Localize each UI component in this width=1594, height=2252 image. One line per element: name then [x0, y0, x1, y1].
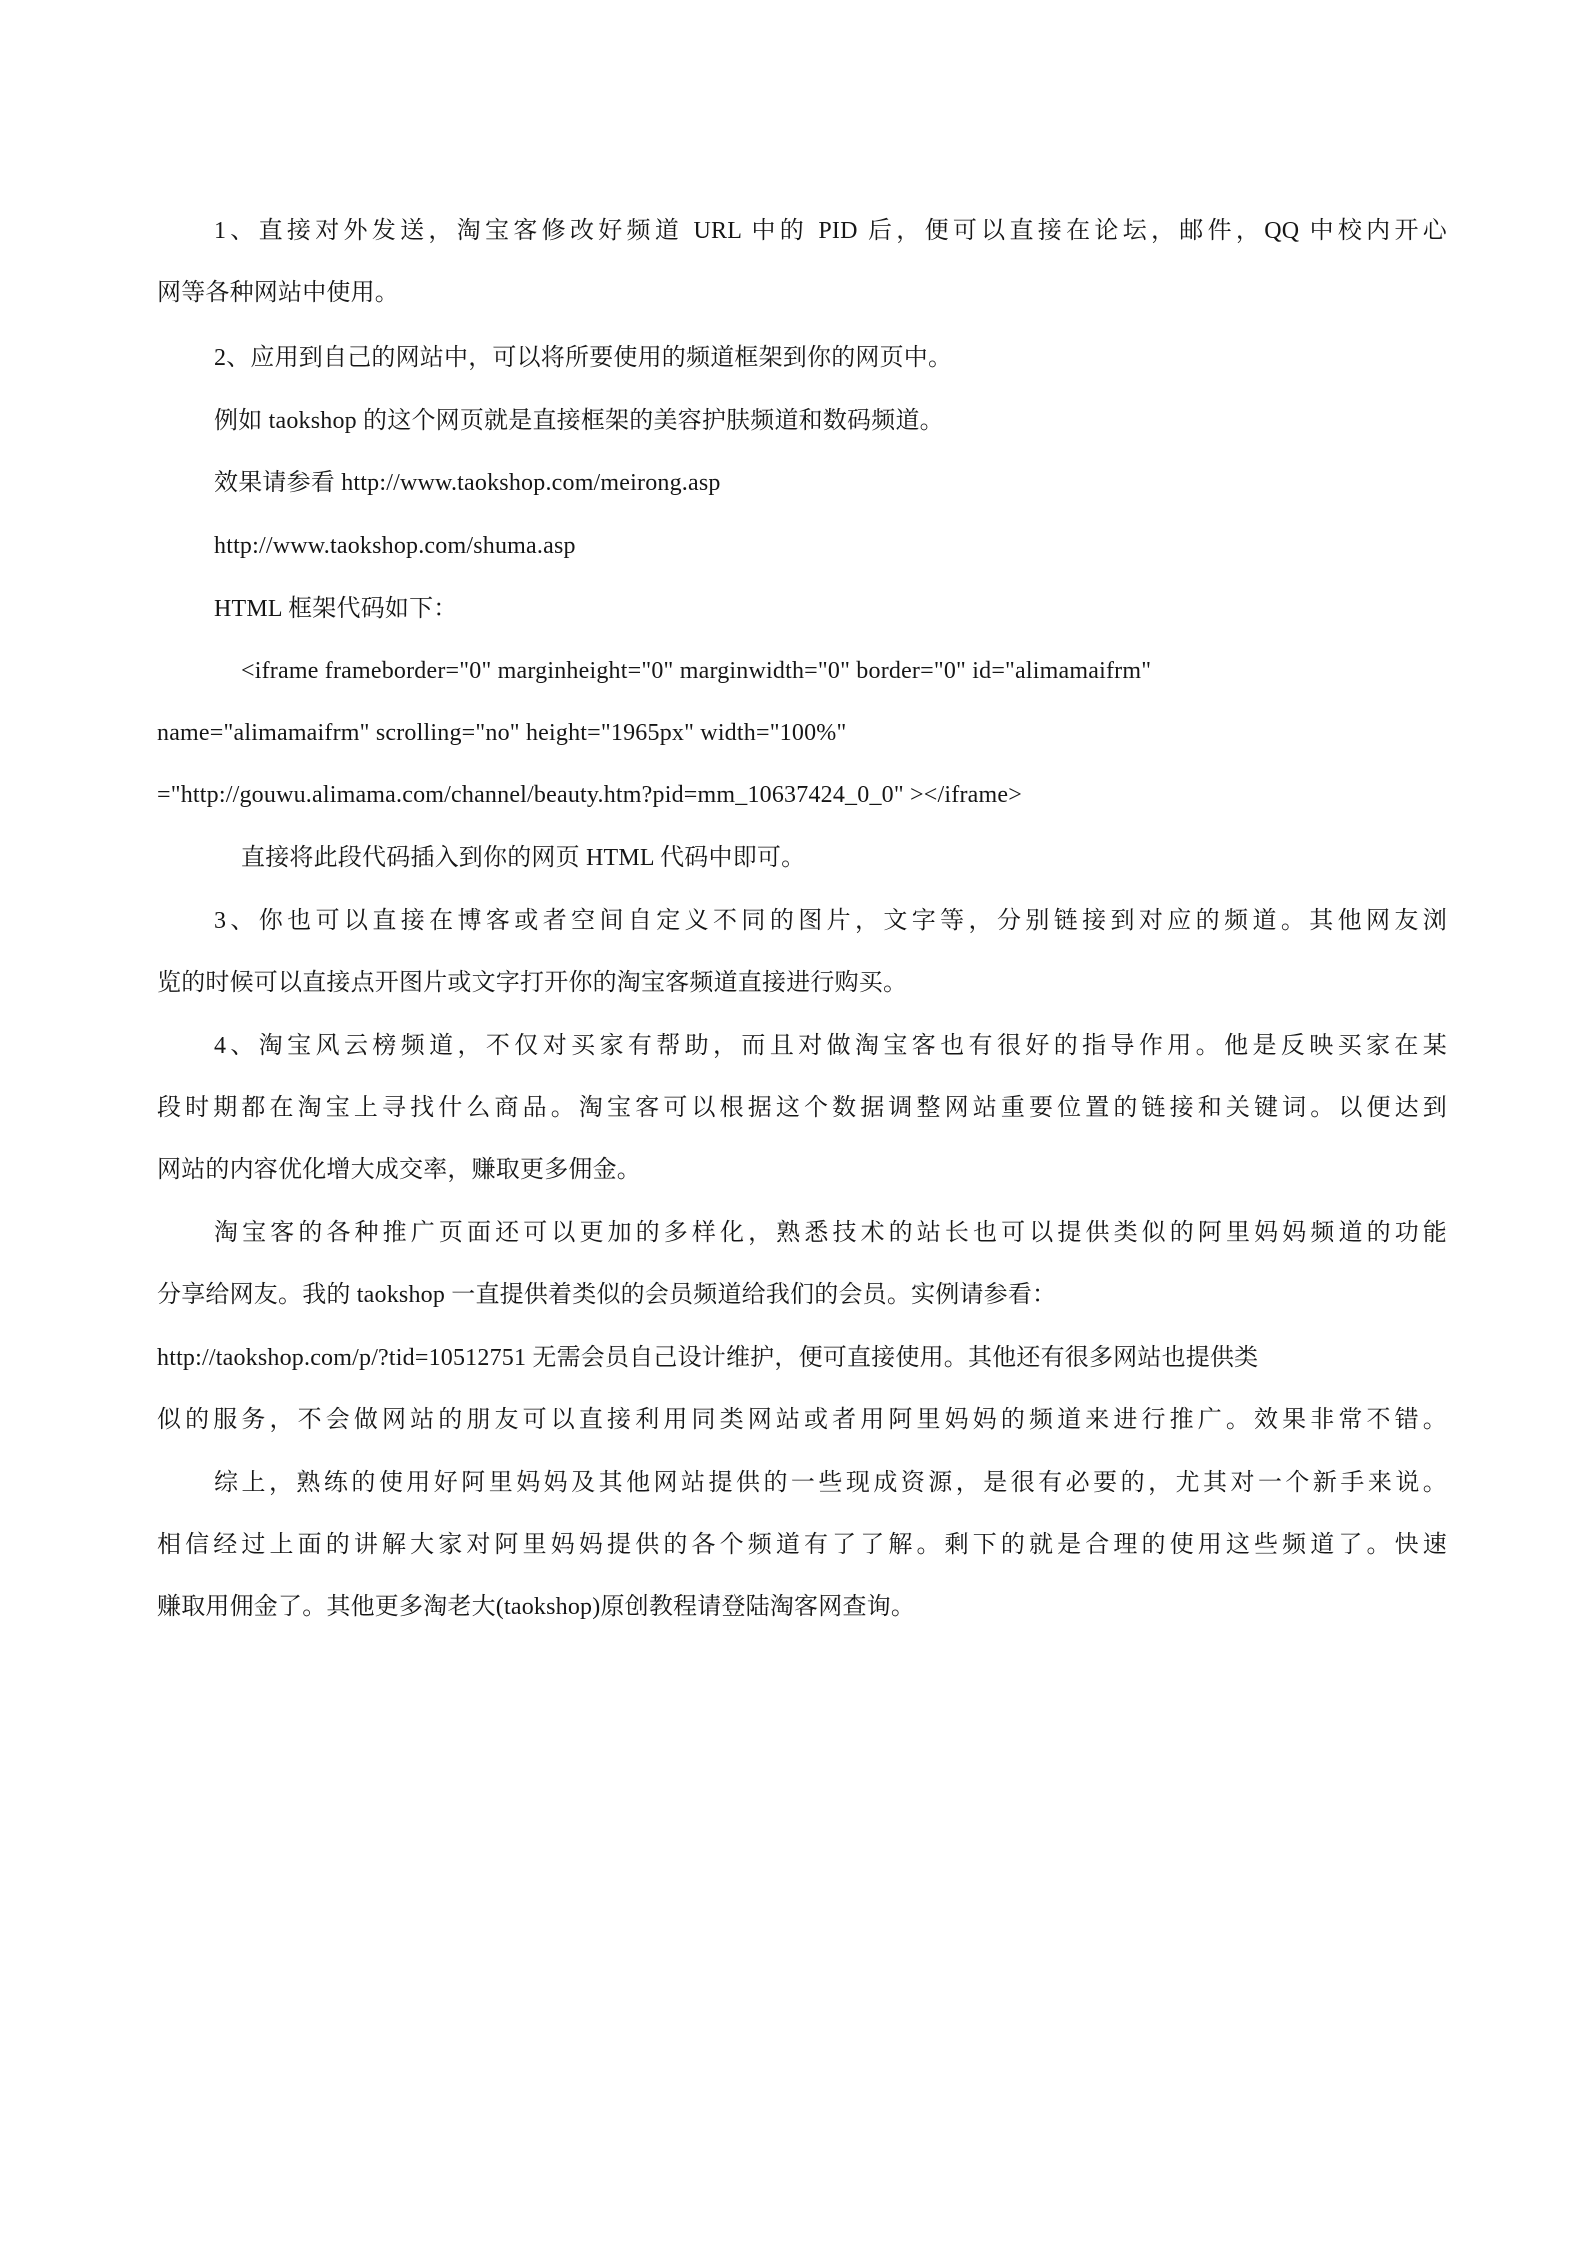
paragraph-6: HTML 框架代码如下： — [214, 594, 458, 624]
paragraph-5: http://www.taokshop.com/shuma.asp — [214, 531, 576, 561]
paragraph-2: 2、应用到自己的网站中，可以将所要使用的频道框架到你的网页中。 — [214, 343, 952, 373]
paragraph-12-line-1: 综上，熟练的使用好阿里妈妈及其他网站提供的一些现成资源，是很有必要的，尤其对一个… — [214, 1468, 1447, 1498]
paragraph-4: 效果请参看 http://www.taokshop.com/meirong.as… — [214, 468, 721, 498]
paragraph-11-line-2: 分享给网友。我的 taokshop 一直提供着类似的会员频道给我们的会员。实例请… — [157, 1280, 1056, 1310]
paragraph-11-line-1: 淘宝客的各种推广页面还可以更加的多样化，熟悉技术的站长也可以提供类似的阿里妈妈频… — [214, 1218, 1447, 1248]
shuma-link[interactable]: http://www.taokshop.com/shuma.asp — [214, 533, 576, 559]
paragraph-10-line-1: 4、淘宝风云榜频道，不仅对买家有帮助，而且对做淘宝客也有很好的指导作用。他是反映… — [214, 1031, 1447, 1061]
iframe-code-line-2: name="alimamaifrm" scrolling="no" height… — [157, 718, 846, 748]
paragraph-9-line-2: 览的时候可以直接点开图片或文字打开你的淘宝客频道直接进行购买。 — [157, 968, 907, 998]
paragraph-10-line-2: 段时期都在淘宝上寻找什么商品。淘宝客可以根据这个数据调整网站重要位置的链接和关键… — [157, 1093, 1447, 1123]
paragraph-9-line-1: 3、你也可以直接在博客或者空间自定义不同的图片，文字等，分别链接到对应的频道。其… — [214, 906, 1447, 936]
meirong-link[interactable]: http://www.taokshop.com/meirong.asp — [341, 470, 720, 496]
effect-label: 效果请参看 — [214, 470, 341, 496]
taokshop-tid-link[interactable]: http://taokshop.com/p/?tid=10512751 — [157, 1345, 526, 1371]
paragraph-3: 例如 taokshop 的这个网页就是直接框架的美容护肤频道和数码频道。 — [214, 406, 944, 436]
paragraph-11-line-3: http://taokshop.com/p/?tid=10512751 无需会员… — [157, 1343, 1258, 1373]
paragraph-11-line-3-text: 无需会员自己设计维护，便可直接使用。其他还有很多网站也提供类 — [526, 1345, 1258, 1371]
iframe-code-line-3: ="http://gouwu.alimama.com/channel/beaut… — [157, 780, 1022, 810]
paragraph-10-line-3: 网站的内容优化增大成交率，赚取更多佣金。 — [157, 1155, 641, 1185]
paragraph-11-line-4: 似的服务，不会做网站的朋友可以直接利用同类网站或者用阿里妈妈的频道来进行推广。效… — [157, 1405, 1447, 1435]
paragraph-12-line-3: 赚取用佣金了。其他更多淘老大(taokshop)原创教程请登陆淘客网查询。 — [157, 1592, 915, 1622]
paragraph-8: 直接将此段代码插入到你的网页 HTML 代码中即可。 — [241, 843, 805, 873]
iframe-code-line-1: <iframe frameborder="0" marginheight="0"… — [241, 656, 1151, 686]
paragraph-1-line-2: 网等各种网站中使用。 — [157, 278, 399, 308]
paragraph-12-line-2: 相信经过上面的讲解大家对阿里妈妈提供的各个频道有了了解。剩下的就是合理的使用这些… — [157, 1530, 1447, 1560]
paragraph-1-line-1: 1、直接对外发送，淘宝客修改好频道 URL 中的 PID 后，便可以直接在论坛，… — [214, 216, 1447, 246]
